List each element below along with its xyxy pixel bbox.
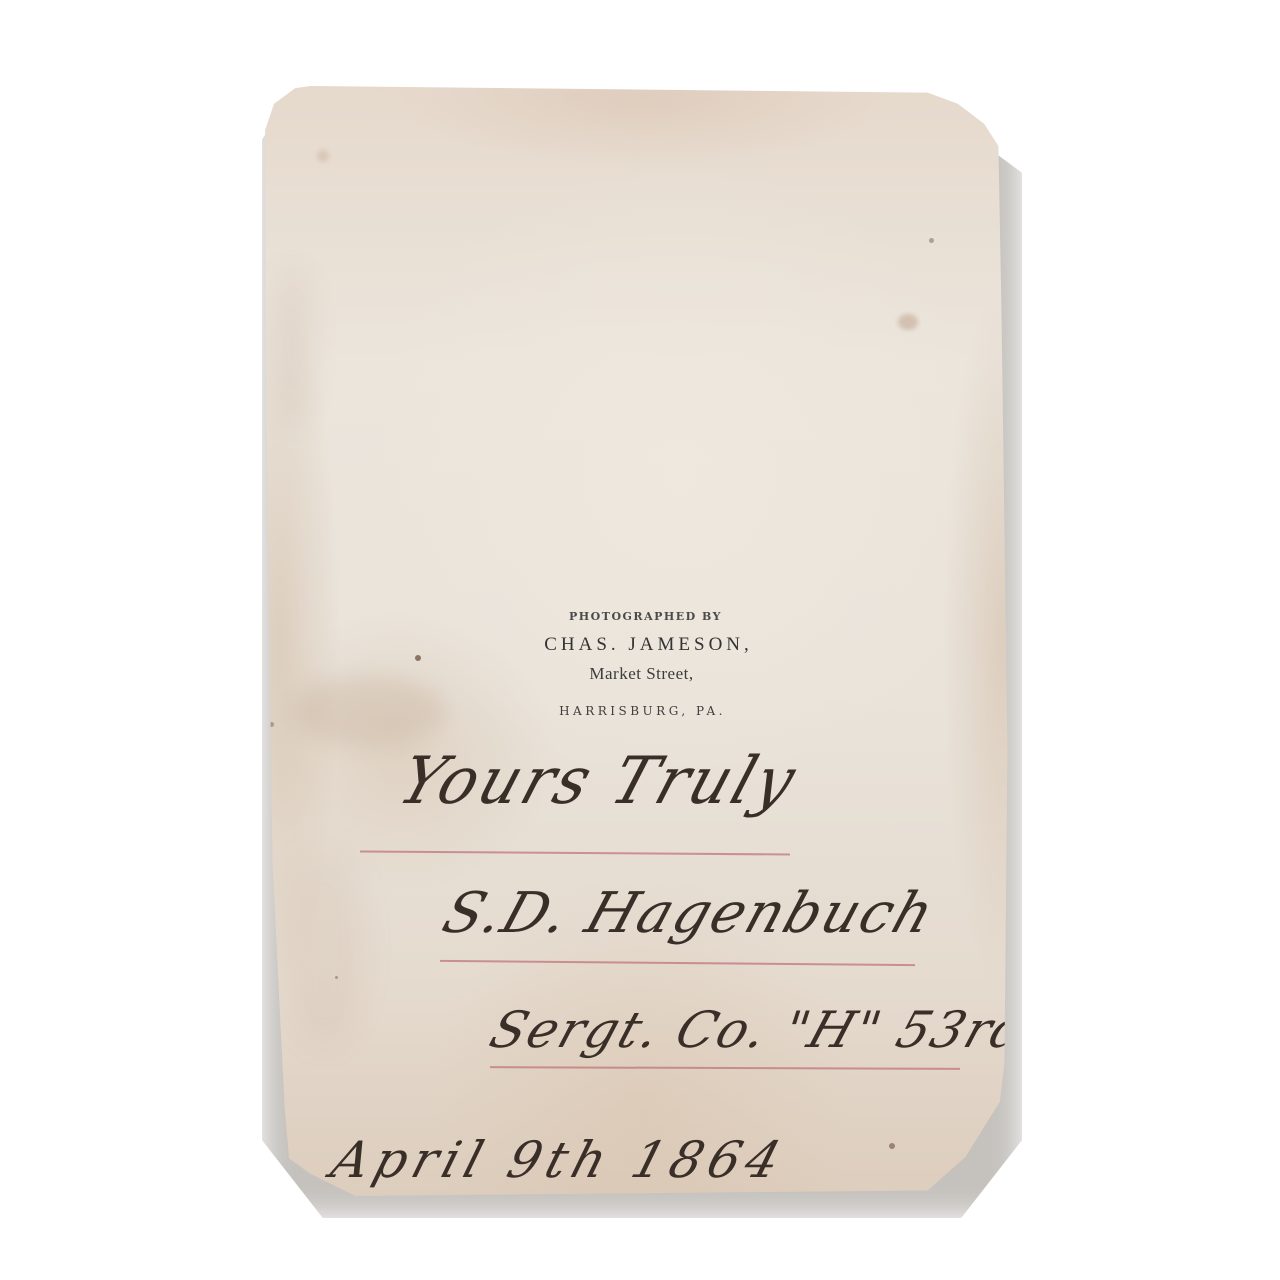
imprint-street: Market Street, — [265, 664, 1018, 684]
ruled-line — [360, 850, 790, 855]
imprint-photographer-name: CHAS. JAMESON, — [272, 634, 1025, 656]
carte-de-visite-back: PHOTOGRAPHED BY CHAS. JAMESON, Market St… — [265, 86, 1018, 1196]
stain-spot — [317, 150, 329, 162]
inscription-closing: Yours Truly — [390, 742, 808, 819]
inscription-rank-unit: Sergt. Co. "H" 53rd P.V. — [483, 1001, 1144, 1059]
ruled-line — [440, 960, 915, 966]
ruled-line — [490, 1066, 960, 1070]
foxing-dot — [889, 1143, 895, 1149]
foxing-dot — [929, 238, 934, 243]
stain-patch — [285, 846, 365, 1046]
stain-patch — [273, 266, 313, 426]
imprint-photographed-by: PHOTOGRAPHED BY — [269, 610, 1022, 623]
stain-spot — [898, 314, 918, 330]
imprint-city: HARRISBURG, PA. — [266, 704, 1019, 718]
inscription-signature: S.D. Hagenbuch — [435, 881, 943, 946]
inscription-date: April 9th 1864 — [325, 1131, 793, 1189]
photo-stage: PHOTOGRAPHED BY CHAS. JAMESON, Market St… — [0, 0, 1280, 1280]
foxing-dot — [335, 976, 338, 979]
